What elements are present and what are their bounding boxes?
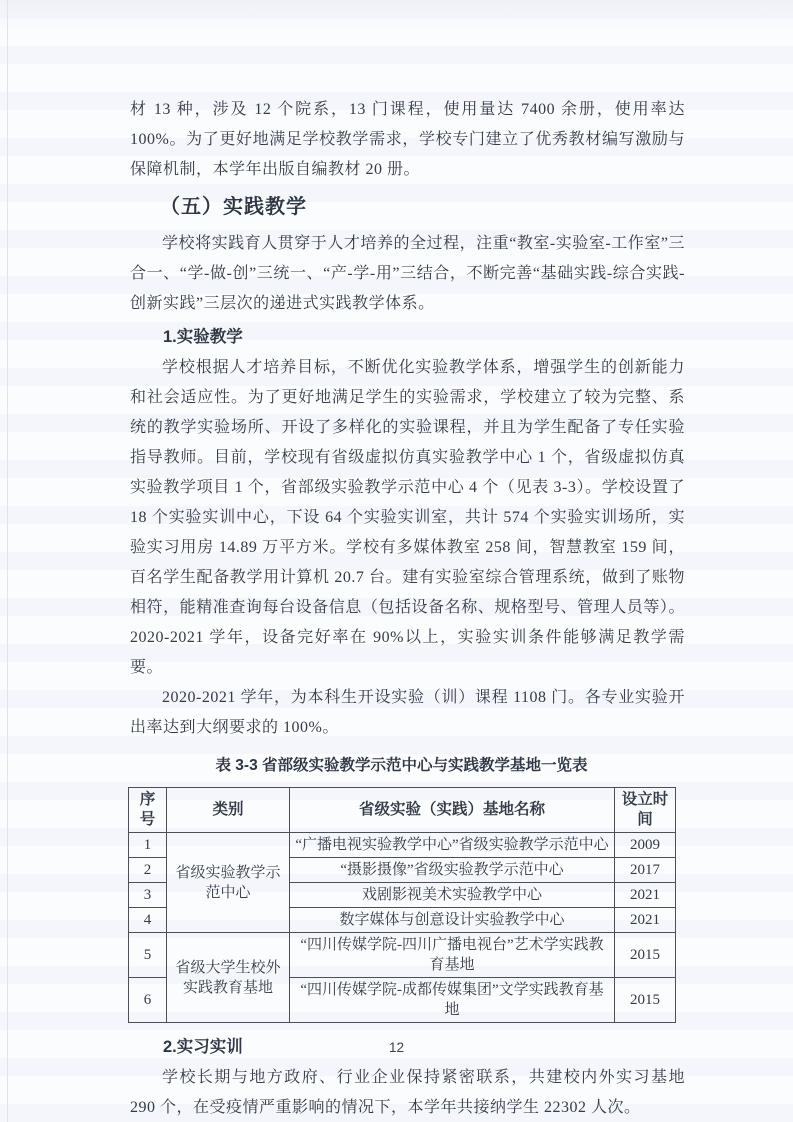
cell-base-name: “摄影摄像”省级实验教学示范中心 xyxy=(290,858,615,883)
table-3-3-block: 表 3-3 省部级实验教学示范中心与实践教学基地一览表 序号 类别 省级实验（实… xyxy=(128,753,675,1023)
table-header-row: 序号 类别 省级实验（实践）基地名称 设立时间 xyxy=(129,788,676,833)
cell-base-name: “广播电视实验教学中心”省级实验教学示范中心 xyxy=(290,833,615,858)
cell-base-name: “四川传媒学院-四川广播电视台”艺术学实践教育基地 xyxy=(290,933,615,978)
cell-year: 2009 xyxy=(615,833,676,858)
cell-base-name: “四川传媒学院-成都传媒集团”文学实践教育基地 xyxy=(290,978,615,1023)
subsection-heading-experiment-teaching: 1.实验教学 xyxy=(130,321,685,353)
cell-base-name: 数字媒体与创意设计实验教学中心 xyxy=(290,908,615,933)
paragraph-experiment-courses: 2020-2021 学年，为本科生开设实验（训）课程 1108 门。各专业实验开… xyxy=(130,683,685,743)
table-title: 表 3-3 省部级实验教学示范中心与实践教学基地一览表 xyxy=(128,753,675,779)
paragraph-continued-from-previous-page: 材 13 种，涉及 12 个院系，13 门课程，使用量达 7400 余册，使用率… xyxy=(130,95,685,185)
col-header-year-established: 设立时间 xyxy=(615,788,676,833)
cell-index: 1 xyxy=(129,833,167,858)
cell-index: 6 xyxy=(129,978,167,1023)
cell-category-practice-bases: 省级大学生校外实践教育基地 xyxy=(167,933,290,1023)
cell-year: 2021 xyxy=(615,908,676,933)
page-content: 材 13 种，涉及 12 个院系，13 门课程，使用量达 7400 余册，使用率… xyxy=(130,95,685,1122)
paragraph-practice-overview: 学校将实践育人贯穿于人才培养的全过程，注重“教室-实验室-工作室”三合一、“学-… xyxy=(130,229,685,319)
table-3-3: 序号 类别 省级实验（实践）基地名称 设立时间 1 省级实验教学示范中心 “广播… xyxy=(128,787,676,1023)
cell-index: 3 xyxy=(129,883,167,908)
cell-index: 4 xyxy=(129,908,167,933)
page-number: 12 xyxy=(0,1040,793,1055)
section-heading-practice-teaching: （五）实践教学 xyxy=(130,191,685,223)
col-header-index: 序号 xyxy=(129,788,167,833)
col-header-base-name: 省级实验（实践）基地名称 xyxy=(290,788,615,833)
cell-year: 2017 xyxy=(615,858,676,883)
scanned-document-page: 材 13 种，涉及 12 个院系，13 门课程，使用量达 7400 余册，使用率… xyxy=(0,0,793,1122)
cell-year: 2015 xyxy=(615,933,676,978)
cell-year: 2021 xyxy=(615,883,676,908)
col-header-category: 类别 xyxy=(167,788,290,833)
table-row: 1 省级实验教学示范中心 “广播电视实验教学中心”省级实验教学示范中心 2009 xyxy=(129,833,676,858)
cell-base-name: 戏剧影视美术实验教学中心 xyxy=(290,883,615,908)
paragraph-internship-details: 学校长期与地方政府、行业企业保持紧密联系，共建校内外实习基地 290 个，在受疫… xyxy=(130,1063,685,1122)
cell-category-demo-centers: 省级实验教学示范中心 xyxy=(167,833,290,933)
cell-index: 5 xyxy=(129,933,167,978)
cell-year: 2015 xyxy=(615,978,676,1023)
paragraph-experiment-details: 学校根据人才培养目标，不断优化实验教学体系，增强学生的创新能力和社会适应性。为了… xyxy=(130,353,685,683)
table-row: 5 省级大学生校外实践教育基地 “四川传媒学院-四川广播电视台”艺术学实践教育基… xyxy=(129,933,676,978)
cell-index: 2 xyxy=(129,858,167,883)
